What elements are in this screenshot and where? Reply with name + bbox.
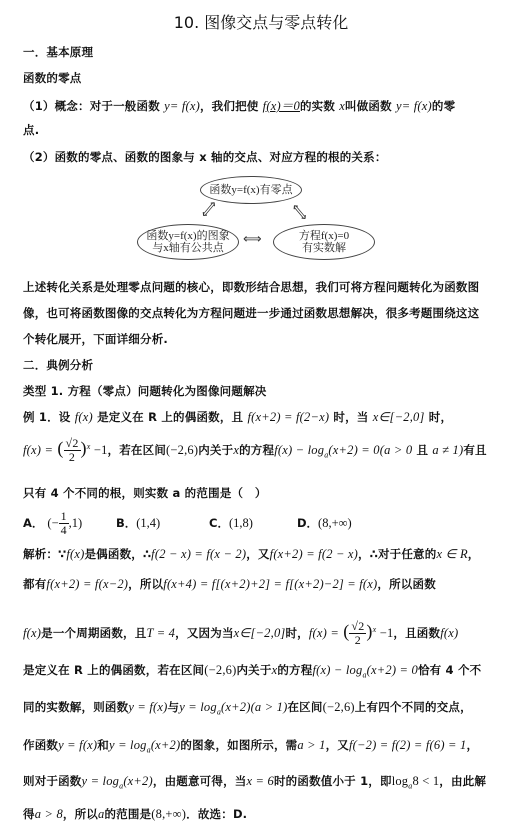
- double-arrow-left-icon: ⟺: [198, 198, 221, 222]
- double-arrow-horizontal-icon: ⟺: [243, 232, 262, 247]
- double-arrow-right-icon: ⟺: [288, 201, 311, 225]
- solution-line-7: 则对于函数y = loga(x+2)，由题意可得，当x = 6时的函数值小于 1…: [23, 773, 486, 790]
- math: f(−2) = f(2) = f(6) = 1: [349, 738, 467, 752]
- text: ，所以: [63, 807, 98, 821]
- diagram-top-text: 函数y=f(x)有零点: [209, 184, 292, 196]
- math: f(x) − log: [274, 443, 324, 457]
- fraction: √22: [349, 620, 366, 647]
- math: (8,+∞): [151, 807, 186, 821]
- solution-line-6: 作函数y = f(x)和y = loga(x+2)的图象，如图所示，需a > 1…: [23, 737, 478, 754]
- text: ，由此解: [439, 774, 486, 788]
- math: (−2,6): [204, 663, 236, 677]
- text: 的实数: [300, 99, 339, 113]
- denominator: 2: [64, 451, 81, 464]
- example1-line-3: 只有 4 个不同的根，则实数 a 的范围是（ ）: [23, 485, 267, 501]
- text: ，又: [326, 738, 349, 752]
- math: y = f(x): [58, 738, 97, 752]
- solution-line-5: 同的实数解，则函数y = f(x)与y = loga(x+2)(a > 1)在区…: [23, 699, 472, 716]
- math: T = 4: [146, 626, 175, 640]
- option-value: (1,8): [229, 516, 253, 530]
- option-c[interactable]: C．(1,8): [209, 515, 253, 531]
- option-value: (1,4): [136, 516, 160, 530]
- denominator: 2: [349, 634, 366, 647]
- math: (x+2): [151, 738, 181, 752]
- math: −1: [91, 443, 108, 457]
- text: 例 1．设: [23, 410, 75, 424]
- option-label: A．: [23, 516, 43, 530]
- math: x = 6: [246, 774, 273, 788]
- option-label: D．: [297, 516, 318, 530]
- ellipse-right: 方程f(x)=0 有实数解: [273, 224, 375, 260]
- ellipse-top: 函数y=f(x)有零点: [200, 176, 302, 204]
- text: 得: [23, 807, 35, 821]
- math: a > 1: [297, 738, 325, 752]
- text: ，又因为当: [175, 626, 234, 640]
- math: (−2,6): [166, 443, 198, 457]
- math: log: [392, 774, 409, 788]
- section-heading-examples: 二．典例分析: [23, 357, 93, 373]
- text: 时的函数值小于 1，即: [274, 774, 392, 788]
- numerator: 1: [59, 510, 69, 524]
- math: f(x): [66, 547, 84, 561]
- text: 是偶函数，∴: [84, 547, 151, 561]
- math: f(x+2) = f(2−x): [247, 410, 329, 424]
- math: f(x) =: [309, 626, 339, 640]
- text: 作函数: [23, 738, 58, 752]
- example1-line-2: f(x) = (√22)x −1，若在区间(−2,6)内关于x的方程f(x) −…: [23, 437, 487, 464]
- paragraph-line-1: 上述转化关系是处理零点问题的核心，即数形结合思想，我们可将方程问题转化为函数图: [23, 279, 479, 295]
- text: 内关于: [198, 443, 233, 457]
- solution-line-2: 都有f(x+2) = f(x−2)，所以f(x+4) = f[(x+2)+2] …: [23, 576, 436, 592]
- relation-diagram: 函数y=f(x)有零点 ⟺ ⟺ 函数y=f(x)的图象 与x轴有公共点 ⟺ 方程…: [130, 172, 390, 264]
- math: f(x): [23, 626, 41, 640]
- text: （1）概念：对于一般函数: [23, 99, 164, 113]
- math: y = log: [82, 774, 120, 788]
- solution-line-8: 得a > 8，所以a的范围是(8,+∞)．故选：D.: [23, 806, 247, 822]
- option-d[interactable]: D．(8,+∞): [297, 515, 352, 531]
- solution-line-4: 是定义在 R 上的偶函数，若在区间(−2,6)内关于x的方程f(x) − log…: [23, 662, 481, 679]
- option-a[interactable]: A． (−14,1): [23, 510, 82, 537]
- text: 则对于函数: [23, 774, 82, 788]
- text: 叫做函数: [345, 99, 396, 113]
- math: (x+2) = 0(a > 0: [328, 443, 412, 457]
- math: y= f(x): [164, 99, 200, 113]
- math: f(x+4) = f[(x+2)+2] = f[(x+2)−2] = f(x): [163, 577, 377, 591]
- text: 恰有 4 个不: [418, 663, 481, 677]
- option-b[interactable]: B．(1,4): [116, 515, 160, 531]
- math: f(x): [75, 410, 93, 424]
- diagram-right-text-2: 有实数解: [302, 242, 346, 254]
- concept-line: （1）概念：对于一般函数 y= f(x)，我们把使 f(x)＝0的实数 x叫做函…: [23, 96, 455, 114]
- math: f(x+2) = f(2 − x): [270, 547, 358, 561]
- math: y = log: [179, 700, 217, 714]
- text: 和: [97, 738, 109, 752]
- math: a ≠ 1): [432, 443, 463, 457]
- relation-line: （2）函数的零点、函数的图象与 x 轴的交点、对应方程的根的关系：: [23, 149, 387, 165]
- math: y = log: [109, 738, 147, 752]
- math: f(x): [440, 626, 458, 640]
- math: f(x) =: [23, 443, 53, 457]
- math: x ∈ R: [436, 547, 467, 561]
- math: (x+2): [123, 774, 153, 788]
- math: x∈[−2,0]: [373, 410, 425, 424]
- solution-line-3: f(x)是一个周期函数，且T = 4，又因为当x∈[−2,0]时，f(x) = …: [23, 620, 458, 647]
- text: 的图象，如图所示，需: [180, 738, 297, 752]
- text: 是一个周期函数，且: [41, 626, 146, 640]
- text: ，∴对于任意的: [358, 547, 436, 561]
- math: y= f(x): [396, 99, 432, 113]
- math: a > 8: [35, 807, 63, 821]
- text: 的零: [432, 99, 455, 113]
- text: 时，: [425, 410, 453, 424]
- text: ，且函数: [393, 626, 440, 640]
- text: 上有四个不同的交点，: [355, 700, 472, 714]
- option-label: C．: [209, 516, 229, 530]
- math-underlined: f(x)＝0: [263, 99, 300, 113]
- paragraph-line-3: 个转化展开，下面详细分析.: [23, 331, 168, 347]
- text: 在区间: [287, 700, 322, 714]
- diagram-right-text-1: 方程f(x)=0: [299, 230, 349, 242]
- text: 且: [412, 443, 432, 457]
- math: y = f(x): [128, 700, 167, 714]
- section-heading-basic: 一．基本原理: [23, 44, 93, 60]
- paragraph-line-2: 像，也可将函数图像的交点转化为方程问题进一步通过函数思想解决，很多考题围绕这这: [23, 305, 479, 321]
- text: ，: [468, 547, 480, 561]
- text: 同的实数解，则函数: [23, 700, 128, 714]
- text: 都有: [23, 577, 46, 591]
- math: (x+2)(a > 1): [221, 700, 287, 714]
- denominator: 4: [59, 524, 69, 537]
- numerator: √2: [64, 437, 81, 451]
- text: ，又: [246, 547, 269, 561]
- math: f(2 − x) = f(x − 2): [151, 547, 246, 561]
- text: ，: [466, 738, 478, 752]
- text: ．故选：D.: [186, 807, 247, 821]
- diagram-left-text-1: 函数y=f(x)的图象: [146, 230, 229, 242]
- fraction: √22: [64, 437, 81, 464]
- page-title: 10. 图像交点与零点转化: [0, 10, 522, 33]
- ellipse-left: 函数y=f(x)的图象 与x轴有公共点: [137, 224, 239, 260]
- type1-heading: 类型 1. 方程（零点）问题转化为图像问题解决: [23, 383, 266, 399]
- option-label: B．: [116, 516, 136, 530]
- math: −1: [376, 626, 393, 640]
- math: f(x+2) = f(x−2): [46, 577, 128, 591]
- diagram-left-text-2: 与x轴有公共点: [152, 242, 224, 254]
- text: ，所以: [128, 577, 163, 591]
- text: 内关于: [236, 663, 271, 677]
- text: ，所以函数: [377, 577, 436, 591]
- math: (x+2) = 0: [367, 663, 418, 677]
- math: 8 < 1: [412, 774, 439, 788]
- text: 是定义在 R 上的偶函数，且: [93, 410, 248, 424]
- math: x∈[−2,0]: [234, 626, 286, 640]
- option-value: (8,+∞): [318, 516, 352, 530]
- text: ，若在区间: [108, 443, 167, 457]
- subheading-zero-point: 函数的零点: [23, 70, 82, 86]
- text: 时，: [285, 626, 308, 640]
- math: (−2,6): [323, 700, 355, 714]
- text: ，我们把使: [200, 99, 263, 113]
- text: 与: [168, 700, 180, 714]
- example1-line-1: 例 1．设 f(x) 是定义在 R 上的偶函数，且 f(x+2) = f(2−x…: [23, 409, 452, 425]
- text: 的方程: [239, 443, 274, 457]
- numerator: √2: [349, 620, 366, 634]
- concept-line-cont: 点.: [23, 122, 39, 138]
- text: 解析：∵: [23, 547, 66, 561]
- fraction: 14: [59, 510, 69, 537]
- text: 时，当: [329, 410, 373, 424]
- text: 的范围是: [104, 807, 151, 821]
- text: ，由题意可得，当: [153, 774, 247, 788]
- text: 是定义在 R 上的偶函数，若在区间: [23, 663, 204, 677]
- text: 有且: [463, 443, 486, 457]
- solution-line-1: 解析：∵f(x)是偶函数，∴f(2 − x) = f(x − 2)，又f(x+2…: [23, 546, 479, 562]
- math: f(x) − log: [312, 663, 362, 677]
- text: 的方程: [277, 663, 312, 677]
